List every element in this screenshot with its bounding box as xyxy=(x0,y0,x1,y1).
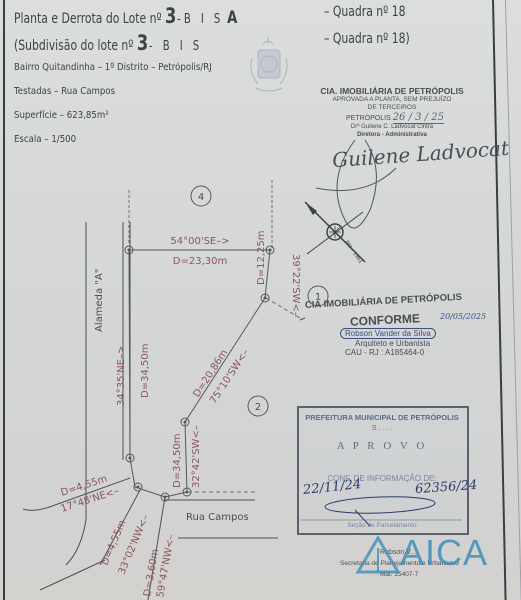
prefeitura-line2: S . . . . xyxy=(300,425,464,432)
compass-rose-icon: NM – 1961 xyxy=(305,202,365,265)
street-alameda-a: Alameda "A" xyxy=(94,269,105,332)
segment-distance-top: D=23,30m xyxy=(173,256,227,267)
compass-label: NM – 1961 xyxy=(343,240,363,265)
segment-bearing-west: 34°35'NE–> xyxy=(116,346,127,406)
prefeitura-approve: A P R O V O xyxy=(300,440,464,452)
segment-bearing-south: 32°42'SW<– xyxy=(191,425,202,488)
segment-distance-south: D=34,50m xyxy=(172,434,183,488)
segment-bearing-east: 39°22'SW<– xyxy=(290,254,301,317)
street-rua-campos: Rua Campos xyxy=(186,512,249,523)
lot-4-number: 4 xyxy=(198,192,204,203)
cia-conforme-cau: CAU - RJ : A185464-0 xyxy=(345,348,424,357)
segment-bearing-top: 54°00'SE–> xyxy=(170,236,229,247)
prefeitura-line1: PREFEITURA MUNICIPAL DE PETRÓPOLIS xyxy=(300,413,464,422)
lot-2-number: 2 xyxy=(255,402,261,413)
segment-distance-west: D=34,50m xyxy=(140,344,151,398)
watermark-brand: AICA xyxy=(400,532,488,574)
cia-conforme-name: Robson Vander da Silva xyxy=(340,328,436,339)
cia-conforme-date: 20/05/2025 xyxy=(440,312,486,321)
segment-distance-east: D=12,25m xyxy=(256,231,267,285)
cia-conforme-role: Arquiteto e Urbanista xyxy=(355,339,430,348)
prefeitura-footer: Seção de Parcelamento xyxy=(300,522,464,529)
